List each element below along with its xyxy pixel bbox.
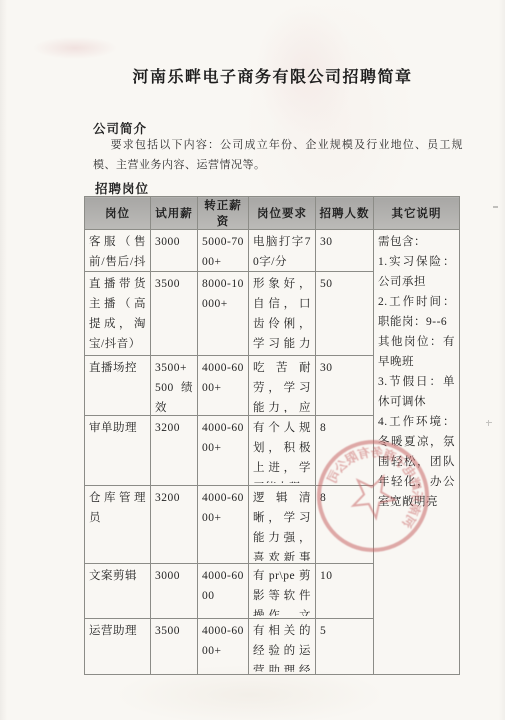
position-cell: 仓库管理员 [85, 486, 151, 564]
headcount-cell: 30 [316, 230, 374, 272]
company-intro-heading: 公司简介 [93, 119, 147, 137]
scan-speck [493, 206, 498, 208]
requirements-cell: 逻辑清晰，学习能力强，喜欢新事物，有抗压能力 [249, 486, 316, 564]
headcount-cell: 50 [316, 272, 374, 356]
position-cell: 文案剪辑 [85, 564, 151, 619]
headcount-cell: 8 [316, 486, 374, 564]
requirements-cell: 电脑打字70字/分 [249, 230, 316, 272]
col-header-regular-salary: 转正薪资 [198, 197, 249, 230]
headcount-cell: 30 [316, 356, 374, 416]
col-header-headcount: 招聘人数 [316, 197, 374, 230]
document-title: 河南乐畔电子商务有限公司招聘简章 [85, 64, 460, 87]
table-row: 客服（售前/售后/抖音） 3000 5000-7000+ 电脑打字70字/分 3… [85, 230, 460, 272]
scan-speck [486, 422, 492, 423]
trial-salary-cell: 3000 [151, 230, 198, 272]
position-cell: 直播场控 [85, 356, 151, 416]
trial-salary-cell: 3200 [151, 486, 198, 564]
regular-salary-cell: 8000-10000+ [198, 272, 249, 356]
requirements-cell: 有相关的经验的运营助理经验 [249, 619, 316, 675]
trial-salary-cell: 3500 [151, 619, 198, 675]
company-intro-paragraph: 要求包括以下内容：公司成立年份、企业规模及行业地位、员工规模、主营业务内容、运营… [93, 136, 463, 175]
requirements-cell: 吃苦耐劳，学习能力，应变能力强 [249, 356, 316, 416]
headcount-cell: 8 [316, 416, 374, 486]
other-notes-cell: 需包含： 1.实习保险：公司承担 2.工作时间：职能岗：9--6 其他岗位：有早… [374, 230, 460, 675]
regular-salary-cell: 4000-6000 [198, 564, 249, 619]
regular-salary-cell: 4000-6000+ [198, 619, 249, 675]
requirements-cell: 有个人规划，积极上进，学习能力强 [249, 416, 316, 486]
position-cell: 运营助理 [85, 619, 151, 675]
col-header-other-notes: 其它说明 [374, 197, 460, 230]
regular-salary-cell: 4000-6000+ [198, 486, 249, 564]
position-cell: 审单助理 [85, 416, 151, 486]
trial-salary-cell: 3500+500绩效 [151, 356, 198, 416]
document-page: 河南乐畔电子商务有限公司招聘简章 公司简介 要求包括以下内容：公司成立年份、企业… [0, 0, 505, 720]
col-header-trial-salary: 试用薪 [151, 197, 198, 230]
headcount-cell: 10 [316, 564, 374, 619]
positions-table: 岗位 试用薪 转正薪资 岗位要求 招聘人数 其它说明 客服（售前/售后/抖音） … [84, 196, 460, 675]
positions-heading: 招聘岗位 [95, 179, 149, 197]
headcount-cell: 5 [316, 619, 374, 675]
trial-salary-cell: 3200 [151, 416, 198, 486]
col-header-requirements: 岗位要求 [249, 197, 316, 230]
col-header-position: 岗位 [85, 197, 151, 230]
trial-salary-cell: 3500 [151, 272, 198, 356]
regular-salary-cell: 5000-7000+ [198, 230, 249, 272]
position-cell: 客服（售前/售后/抖音） [85, 230, 151, 272]
requirements-cell: 形象好，自信，口齿伶俐，学习能力强，潮气蓬勃 [249, 272, 316, 356]
regular-salary-cell: 4000-6000+ [198, 416, 249, 486]
position-cell: 直播带货主播（高提成，淘宝/抖音） [85, 272, 151, 356]
regular-salary-cell: 4000-6000+ [198, 356, 249, 416]
table-header-row: 岗位 试用薪 转正薪资 岗位要求 招聘人数 其它说明 [85, 197, 460, 230]
requirements-cell: 有pr\pe剪影等软件操作，文笔好 [249, 564, 316, 619]
trial-salary-cell: 3000 [151, 564, 198, 619]
